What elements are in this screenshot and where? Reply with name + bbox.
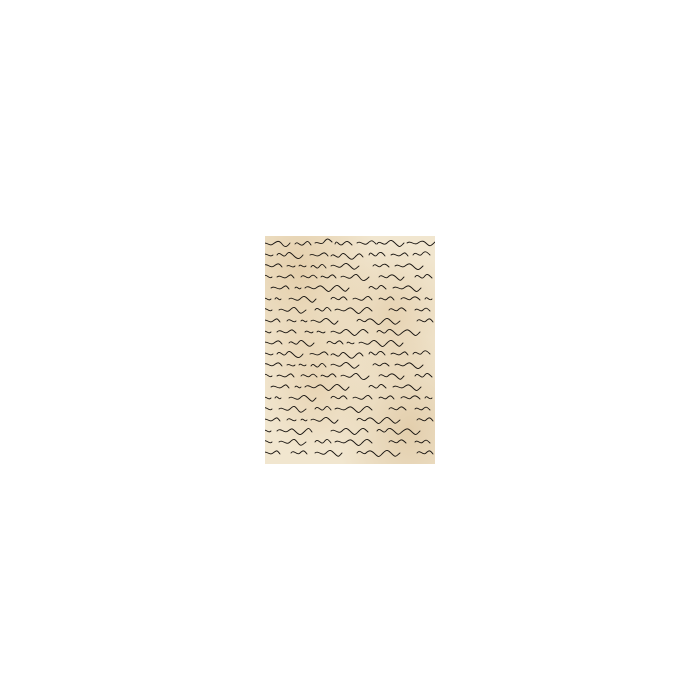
script-paper-sheet xyxy=(265,236,435,464)
handwriting-lines xyxy=(265,236,435,464)
